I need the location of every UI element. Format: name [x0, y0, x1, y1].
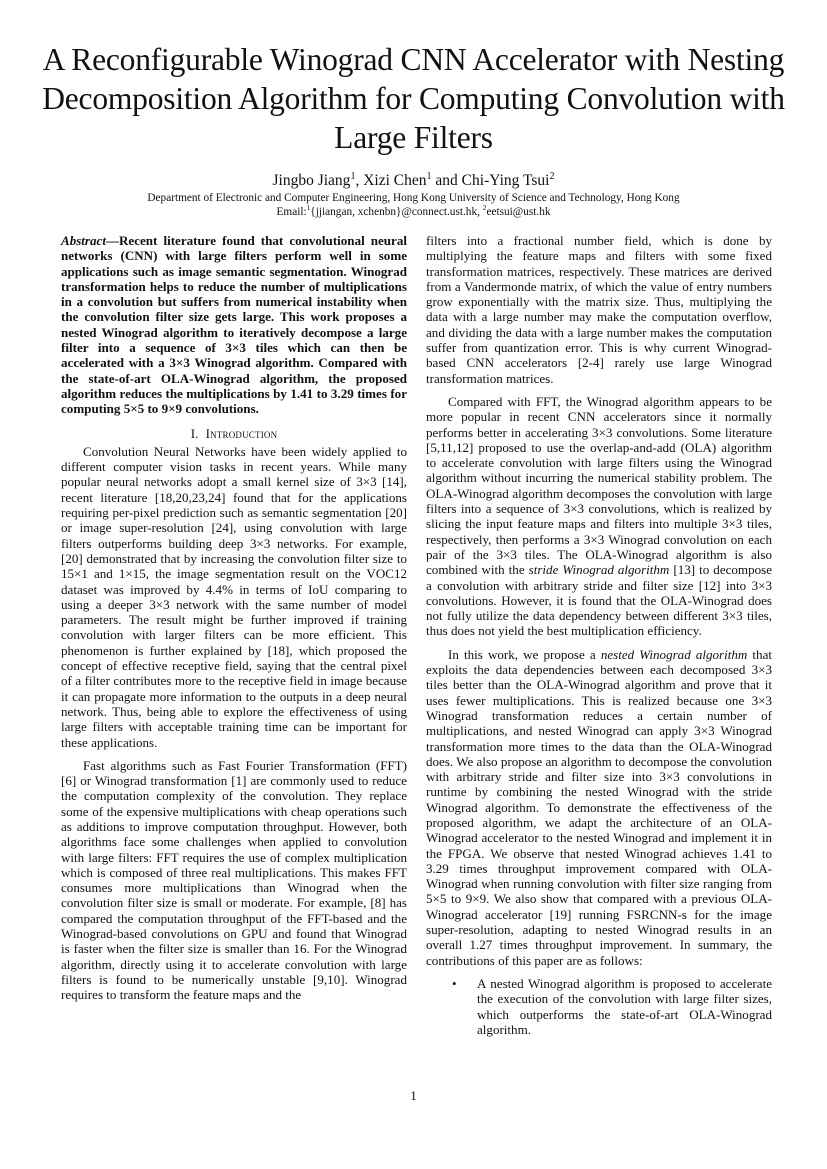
author-name: Chi-Ying Tsui — [462, 172, 550, 189]
bullet-icon: • — [452, 976, 457, 991]
emphasis-text: stride Winograd algorithm — [529, 562, 670, 577]
email-label: Email: — [277, 206, 307, 218]
author-separator: and — [432, 172, 462, 189]
abstract: Abstract—Recent literature found that co… — [61, 233, 407, 417]
paragraph: Convolution Neural Networks have been wi… — [61, 444, 407, 750]
affiliation-marker: 2 — [549, 171, 554, 182]
paper-title: A Reconfigurable Winograd CNN Accelerato… — [40, 40, 787, 157]
left-column: Abstract—Recent literature found that co… — [61, 233, 407, 1003]
email-group-2: eetsui@ust.hk — [486, 206, 550, 218]
list-item: •A nested Winograd algorithm is proposed… — [426, 976, 772, 1037]
section-heading-introduction: I. Introduction — [61, 426, 407, 441]
list-item-text: A nested Winograd algorithm is proposed … — [477, 976, 772, 1037]
email-line: Email:1{jjiangan, xchenbn}@connect.ust.h… — [0, 205, 827, 219]
paragraph-text: Compared with FFT, the Winograd algorith… — [426, 394, 772, 577]
paragraph-text: In this work, we propose a — [448, 647, 601, 662]
abstract-text: Recent literature found that convolution… — [61, 233, 407, 416]
author-name: Xizi Chen — [363, 172, 426, 189]
paragraph: Fast algorithms such as Fast Fourier Tra… — [61, 758, 407, 1003]
right-column: filters into a fractional number field, … — [426, 233, 772, 1037]
author-list: Jingbo Jiang1, Xizi Chen1 and Chi-Ying T… — [0, 172, 827, 190]
paragraph: In this work, we propose a nested Winogr… — [426, 647, 772, 968]
page-number: 1 — [0, 1088, 827, 1104]
email-group-1: {jjiangan, xchenbn}@connect.ust.hk, — [310, 206, 482, 218]
section-title: Introduction — [206, 426, 278, 441]
contributions-list: •A nested Winograd algorithm is proposed… — [426, 976, 772, 1037]
paragraph: Compared with FFT, the Winograd algorith… — [426, 394, 772, 639]
emphasis-text: nested Winograd algorithm — [601, 647, 748, 662]
author-name: Jingbo Jiang — [273, 172, 351, 189]
affiliation: Department of Electronic and Computer En… — [0, 191, 827, 205]
abstract-label: Abstract — [61, 233, 106, 248]
abstract-dash: — — [106, 233, 119, 248]
section-number: I. — [191, 426, 199, 441]
paragraph-text: that exploits the data dependencies betw… — [426, 647, 772, 968]
paragraph-continued: filters into a fractional number field, … — [426, 233, 772, 386]
